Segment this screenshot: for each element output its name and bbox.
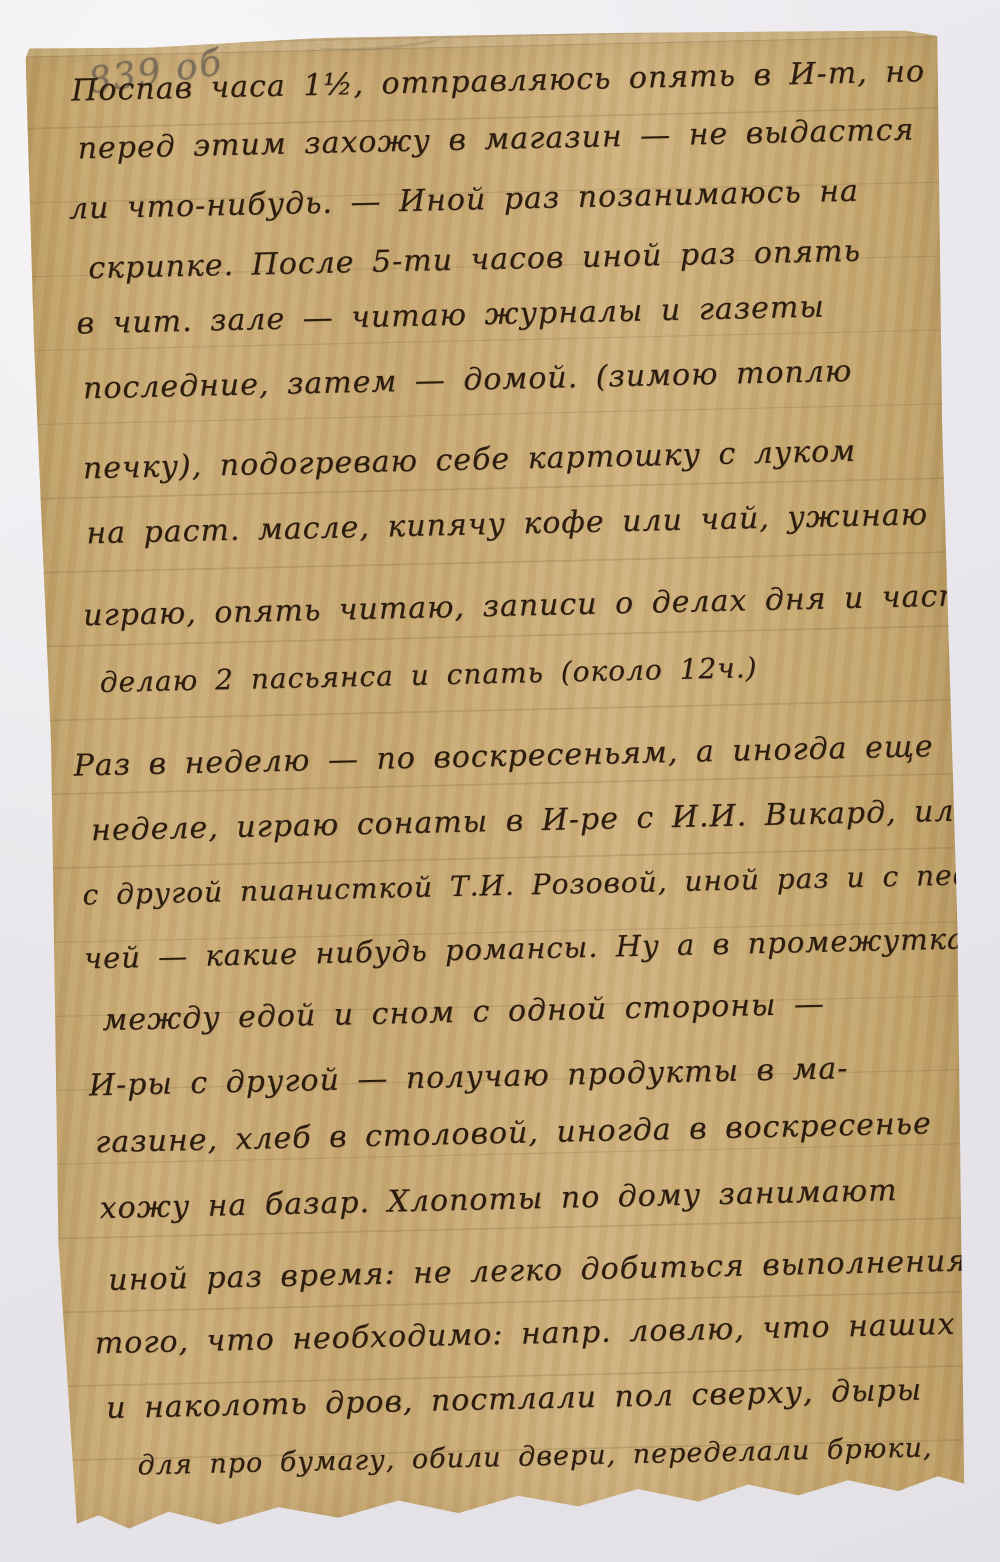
manuscript-paper: 839 об Поспав часа 1½, отправляюсь опять… <box>25 24 971 1532</box>
scan-background: 839 об Поспав часа 1½, отправляюсь опять… <box>0 0 1000 1562</box>
